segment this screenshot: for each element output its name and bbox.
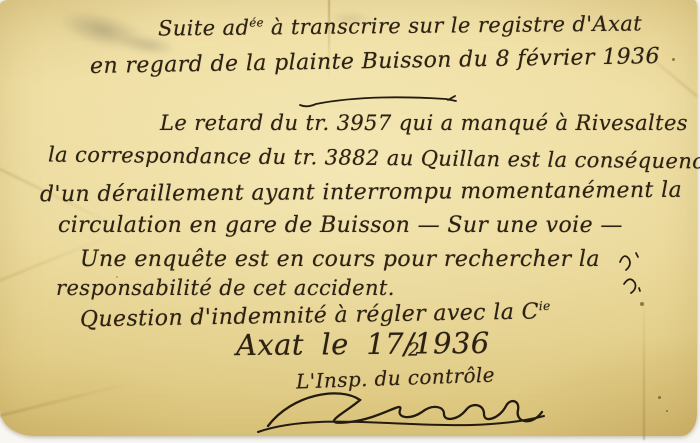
date-line: Axat le 17/21936 [236,326,490,362]
paper-speck [640,302,644,306]
line1-text: Suite ad [158,16,250,41]
handwriting-line-1: Suite adée à transcrire sur le registre … [158,11,642,40]
signature-flourish [252,380,552,440]
paper-speck [666,410,668,412]
date-year: 1936 [414,326,490,361]
scan-background: { "note": { "line1_pre": "Suite ad", "li… [0,0,700,443]
crease-line [0,380,140,418]
handwriting-line-5: d'un déraillement ayant interrompu momen… [40,178,682,207]
handwriting-line-4: la correspondance du tr. 3882 au Quillan… [48,142,700,173]
paper-speck [672,58,675,61]
paper-speck [658,396,661,399]
stray-ink-marks [612,248,650,300]
line1-superscript: ée [249,15,264,29]
handwriting-line-6: circulation en gare de Buisson — Sur une… [58,213,623,238]
handwriting-line-7: Une enquête est en cours pour rechercher… [80,247,600,272]
line1-text-cont: à transcrire sur le registre d'Axat [264,11,642,39]
underline-flourish [296,92,464,110]
handwriting-line-3: Le retard du tr. 3957 qui a manqué à Riv… [160,111,688,135]
handwriting-line-2: en regard de la plainte Buisson du 8 fév… [90,44,660,79]
crease-line [643,290,645,440]
date-month-sub: 2 [408,340,420,361]
date-place-day: Axat le 17/ [236,327,414,363]
handwriting-line-8: responsabilité de cet accident. [56,276,395,300]
line9-superscript: ie [539,299,551,313]
document-paper: Suite adée à transcrire sur le registre … [0,0,697,436]
